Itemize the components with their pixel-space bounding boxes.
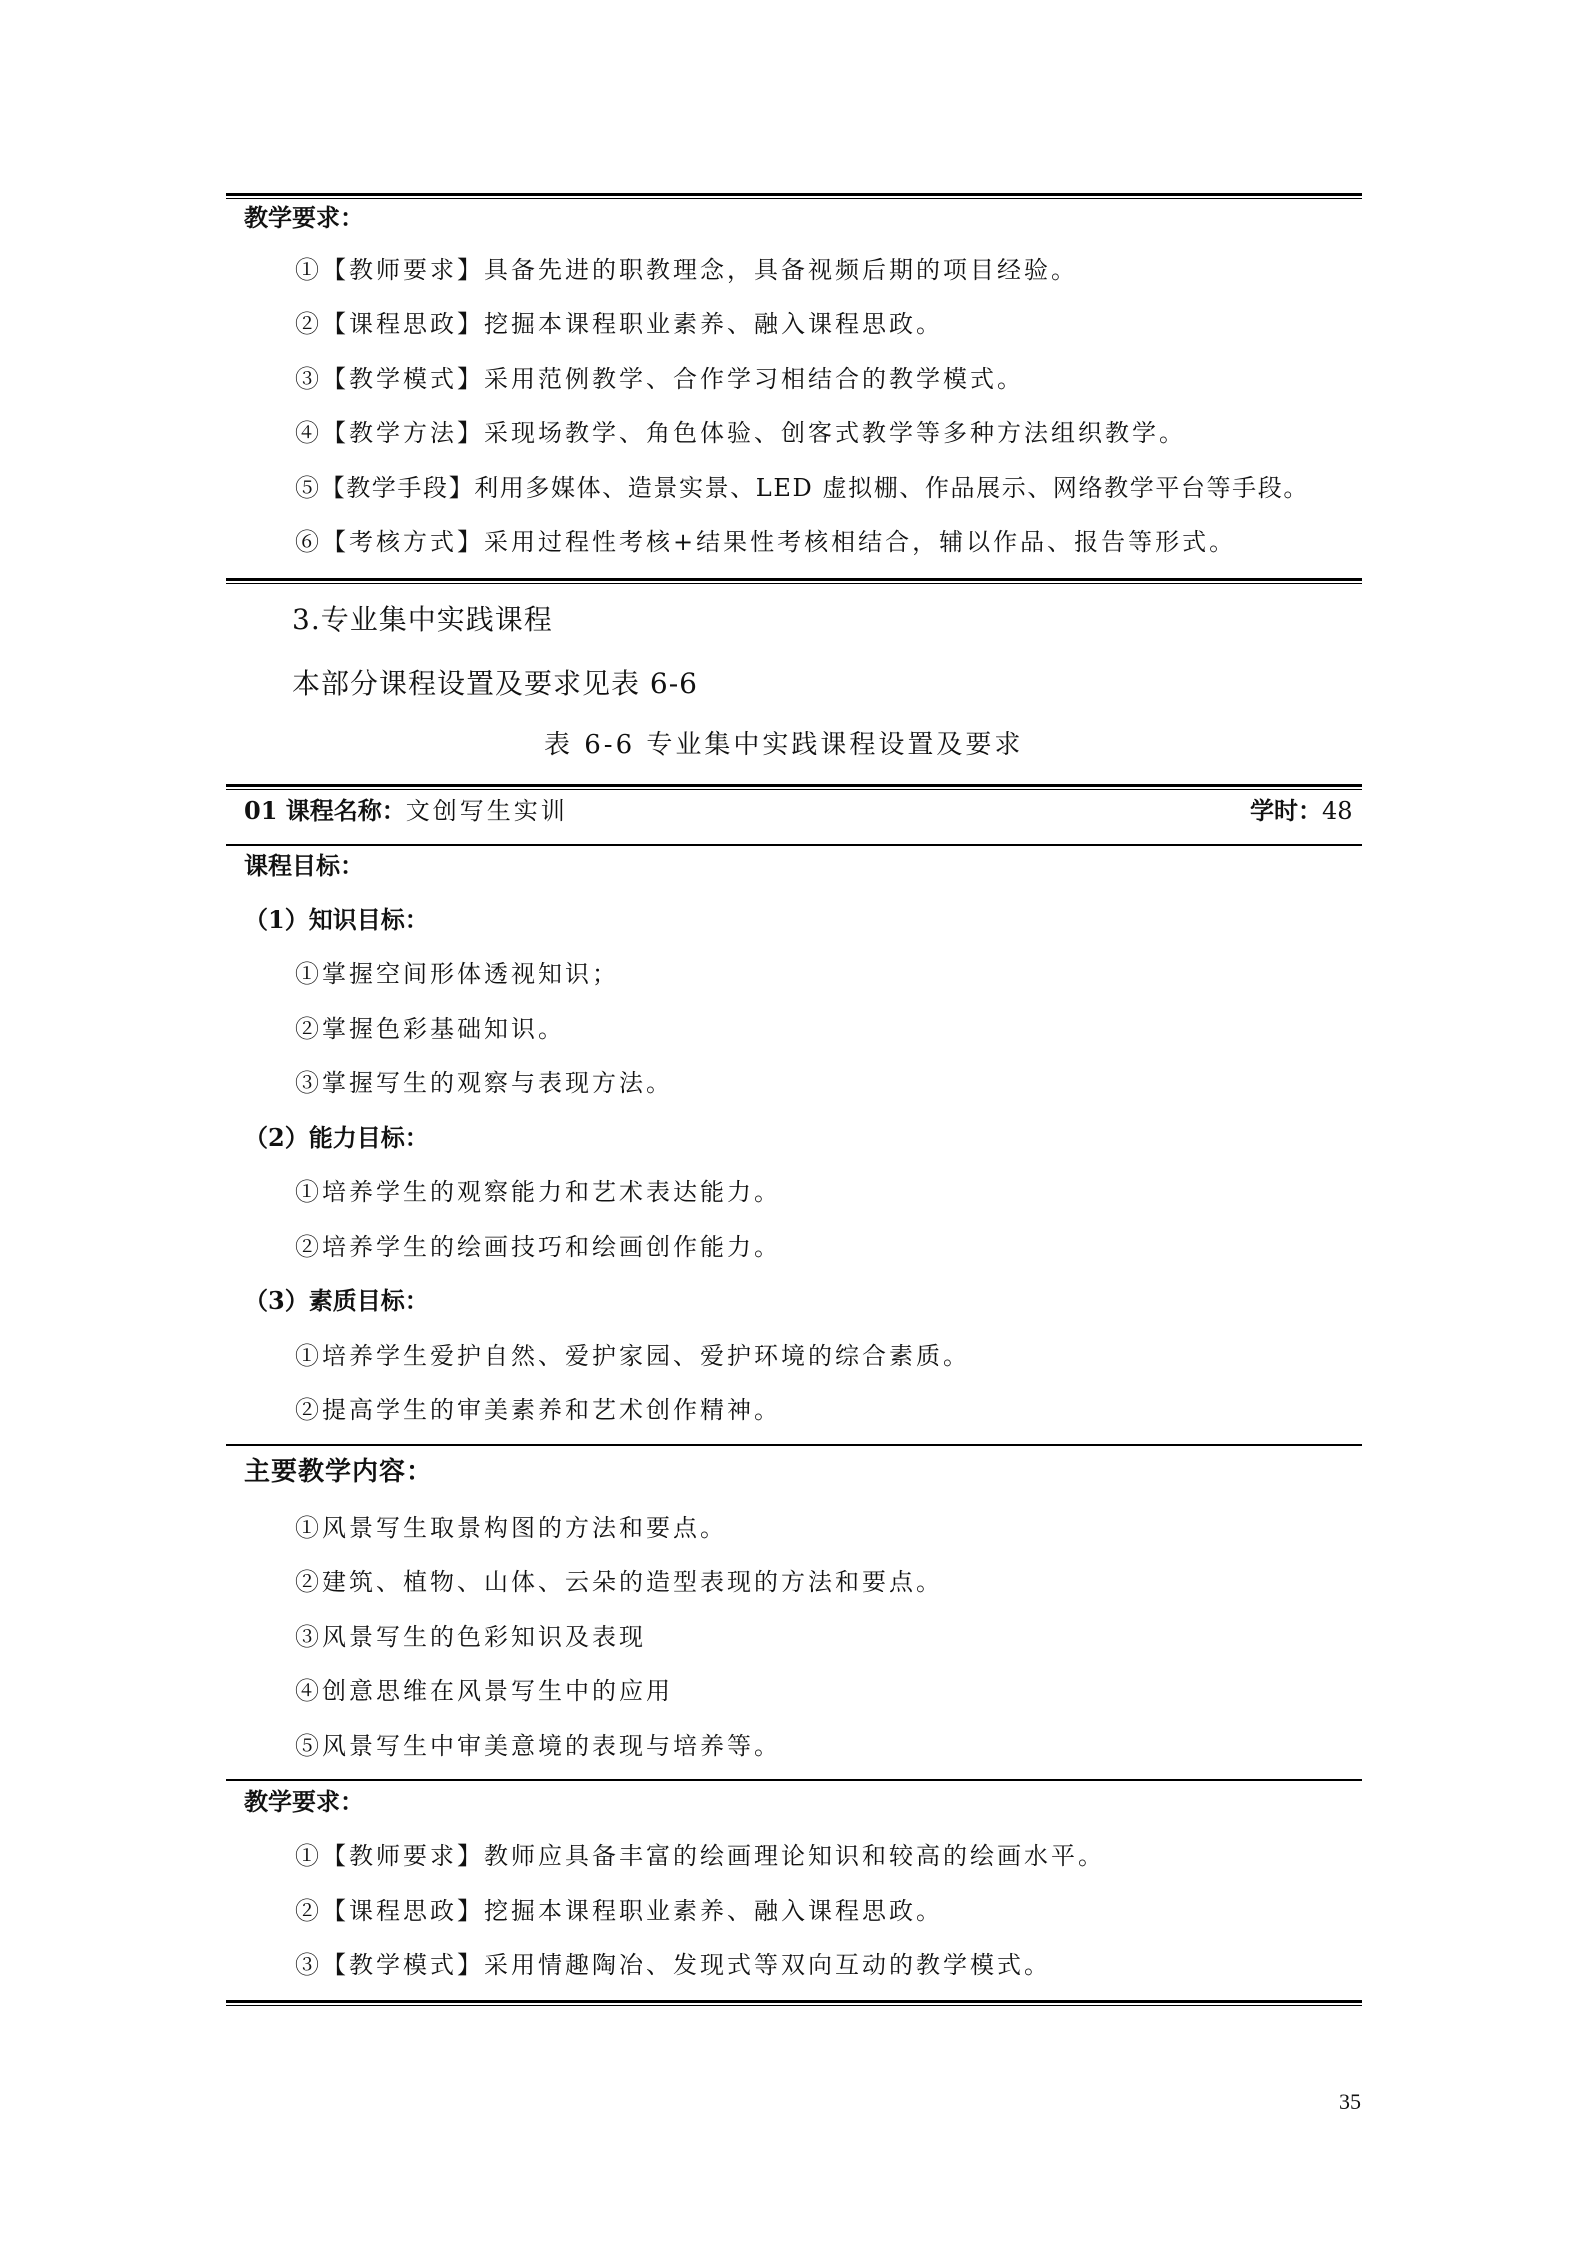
content-item: ①风景写生取景构图的方法和要点。 xyxy=(295,1512,727,1544)
table-top-rule xyxy=(226,784,1362,790)
course-hours-label: 学时： xyxy=(1250,796,1322,825)
content-item: ③风景写生的色彩知识及表现 xyxy=(295,1621,646,1653)
objective-item: ①掌握空间形体透视知识； xyxy=(295,958,619,990)
content-item: ②建筑、植物、山体、云朵的造型表现的方法和要点。 xyxy=(295,1566,943,1598)
content-title: 主要教学内容： xyxy=(244,1455,433,1489)
content-item: ④创意思维在风景写生中的应用 xyxy=(295,1675,673,1707)
page-number: 35 xyxy=(1339,2089,1361,2115)
row-divider xyxy=(226,1779,1362,1781)
section-heading: 3.专业集中实践课程 xyxy=(292,602,553,638)
course-name-value: 文创写生实训 xyxy=(406,797,568,825)
objective-item: ②掌握色彩基础知识。 xyxy=(295,1013,565,1045)
objective-group-title: （1）知识目标： xyxy=(244,904,429,936)
requirement-item: ②【课程思政】挖掘本课程职业素养、融入课程思政。 xyxy=(295,308,943,340)
requirement-item: ③【教学模式】采用范例教学、合作学习相结合的教学模式。 xyxy=(295,363,1024,395)
objective-item: ②提高学生的审美素养和艺术创作精神。 xyxy=(295,1394,781,1426)
objective-item: ①培养学生的观察能力和艺术表达能力。 xyxy=(295,1176,781,1208)
teaching-requirements-title: 教学要求： xyxy=(244,202,364,234)
course-name-row: 01 课程名称：文创写生实训 xyxy=(244,795,568,827)
course-name-label: 01 课程名称： xyxy=(244,796,406,825)
row-divider xyxy=(226,844,1362,846)
table-top-rule xyxy=(226,193,1362,199)
table-bottom-rule xyxy=(226,578,1362,584)
course-hours-value: 48 xyxy=(1322,797,1353,825)
requirement-item: ③【教学模式】采用情趣陶冶、发现式等双向互动的教学模式。 xyxy=(295,1949,1051,1981)
objective-item: ②培养学生的绘画技巧和绘画创作能力。 xyxy=(295,1231,781,1263)
objective-item: ①培养学生爱护自然、爱护家园、爱护环境的综合素质。 xyxy=(295,1340,970,1372)
objective-item: ③掌握写生的观察与表现方法。 xyxy=(295,1067,673,1099)
table-caption: 表 6-6 专业集中实践课程设置及要求 xyxy=(544,728,1023,762)
content-item: ⑤风景写生中审美意境的表现与培养等。 xyxy=(295,1730,781,1762)
requirement-item: ④【教学方法】采现场教学、角色体验、创客式教学等多种方法组织教学。 xyxy=(295,417,1186,449)
course-hours: 学时：48 xyxy=(1250,795,1353,827)
requirement-item: ⑥【考核方式】采用过程性考核+结果性考核相结合，辅以作品、报告等形式。 xyxy=(295,526,1236,558)
teaching-requirements-title: 教学要求： xyxy=(244,1786,364,1818)
table-bottom-rule xyxy=(226,2000,1362,2006)
requirement-item: ⑤【教学手段】利用多媒体、造景实景、LED 虚拟棚、作品展示、网络教学平台等手段… xyxy=(295,472,1309,504)
objectives-title: 课程目标： xyxy=(244,850,364,882)
objective-group-title: （3）素质目标： xyxy=(244,1285,429,1317)
section-intro: 本部分课程设置及要求见表 6-6 xyxy=(292,666,698,702)
requirement-item: ①【教师要求】教师应具备丰富的绘画理论知识和较高的绘画水平。 xyxy=(295,1840,1105,1872)
row-divider xyxy=(226,1444,1362,1446)
objective-group-title: （2）能力目标： xyxy=(244,1122,429,1154)
requirement-item: ①【教师要求】具备先进的职教理念，具备视频后期的项目经验。 xyxy=(295,254,1078,286)
requirement-item: ②【课程思政】挖掘本课程职业素养、融入课程思政。 xyxy=(295,1895,943,1927)
